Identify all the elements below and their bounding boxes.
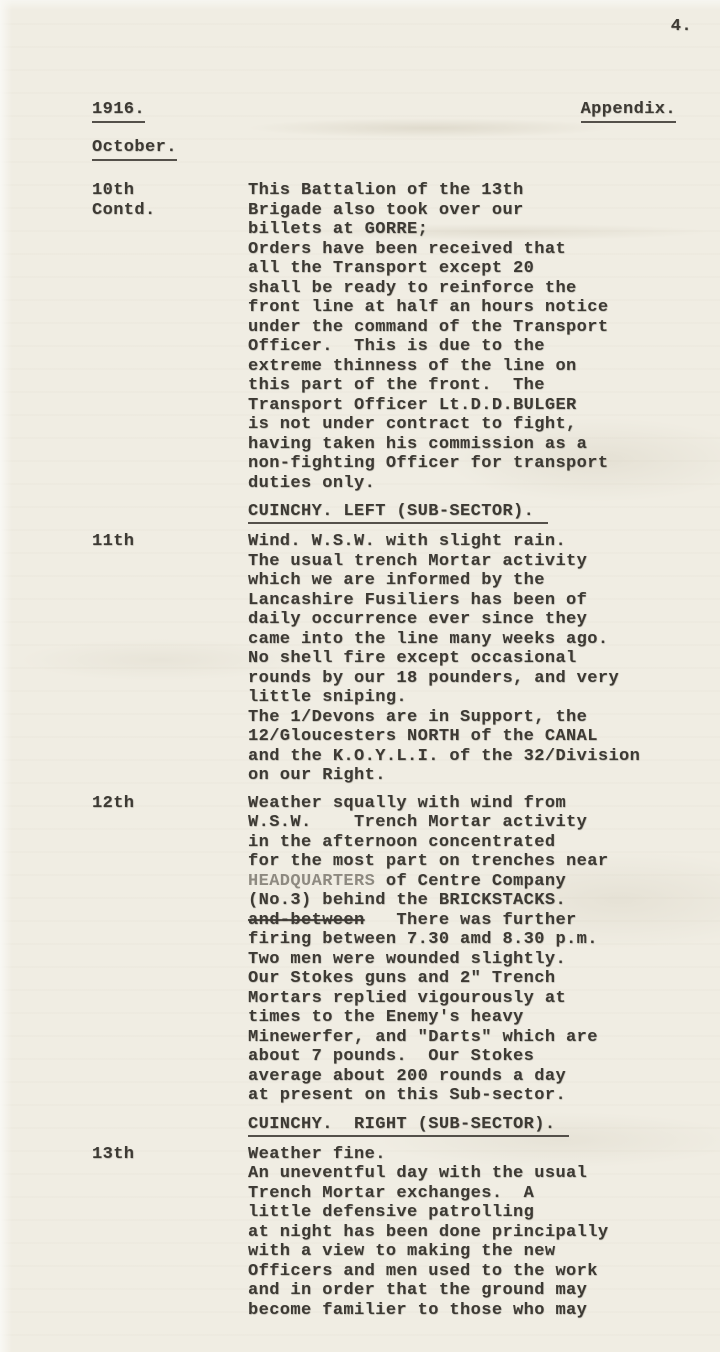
text-segment: and-between <box>248 911 365 930</box>
entry-line: average about 200 rounds a day <box>248 1067 694 1087</box>
entry-date-column: 13th <box>92 1145 248 1321</box>
entry-line: having taken his commission as a <box>248 435 694 455</box>
entry-line: An uneventful day with the usual <box>248 1164 694 1184</box>
entry-line: become familier to those who may <box>248 1301 694 1321</box>
entry-date-column <box>92 502 248 524</box>
entry-body: CUINCHY. LEFT (SUB-SECTOR). <box>248 502 720 524</box>
year-heading: 1916. <box>92 100 145 123</box>
section-heading-row: CUINCHY. RIGHT (SUB-SECTOR). <box>0 1115 720 1137</box>
entry-line: Weather squally with wind from <box>248 794 694 814</box>
text-segment: HEADQUARTERS <box>248 872 375 891</box>
entry-body: Weather fine.An uneventful day with the … <box>248 1145 720 1321</box>
document-page: 4. 1916. Appendix. October. 10thContd.Th… <box>0 0 720 1352</box>
entry-line: billets at GORRE; <box>248 220 694 240</box>
entry-line: HEADQUARTERS of Centre Company <box>248 872 694 892</box>
entry-line: on our Right. <box>248 766 694 786</box>
entry-date: 13th <box>92 1145 248 1165</box>
entry-line: and in order that the ground may <box>248 1281 694 1301</box>
entry-date-column: 11th <box>92 532 248 786</box>
entry-line: Mortars replied vigourously at <box>248 989 694 1009</box>
entry-line: The 1/Devons are in Support, the <box>248 708 694 728</box>
entry-line: about 7 pounds. Our Stokes <box>248 1047 694 1067</box>
entry-body: This Battalion of the 13thBrigade also t… <box>248 181 720 493</box>
entry-body: Weather squally with wind fromW.S.W. Tre… <box>248 794 720 1106</box>
entry-line: shall be ready to reinforce the <box>248 279 694 299</box>
appendix-heading: Appendix. <box>581 100 676 123</box>
entry-line: Wind. W.S.W. with slight rain. <box>248 532 694 552</box>
entry-line: is not under contract to fight, <box>248 415 694 435</box>
entry-body: CUINCHY. RIGHT (SUB-SECTOR). <box>248 1115 720 1137</box>
entry-line: Trench Mortar exchanges. A <box>248 1184 694 1204</box>
entry-line: (No.3) behind the BRICKSTACKS. <box>248 891 694 911</box>
entry-line: Brigade also took over our <box>248 201 694 221</box>
entry-line: this part of the front. The <box>248 376 694 396</box>
entry-line: The usual trench Mortar activity <box>248 552 694 572</box>
header-row: 1916. Appendix. <box>92 100 676 123</box>
entry-line: rounds by our 18 pounders, and very <box>248 669 694 689</box>
text-segment: of Centre Company <box>375 872 566 891</box>
text-segment: There was further <box>365 911 577 930</box>
entry-line: little defensive patrolling <box>248 1203 694 1223</box>
entry-line: Orders have been received that <box>248 240 694 260</box>
entry-line: for the most part on trenches near <box>248 852 694 872</box>
diary-entry: 10thContd.This Battalion of the 13thBrig… <box>0 181 720 493</box>
entry-line: Minewerfer, and "Darts" which are <box>248 1028 694 1048</box>
entry-line: and-between There was further <box>248 911 694 931</box>
entry-body: Wind. W.S.W. with slight rain.The usual … <box>248 532 720 786</box>
entry-line: W.S.W. Trench Mortar activity <box>248 813 694 833</box>
entry-line: with a view to making the new <box>248 1242 694 1262</box>
entry-line: duties only. <box>248 474 694 494</box>
entry-line: in the afternoon concentrated <box>248 833 694 853</box>
entry-line: Transport Officer Lt.D.D.BULGER <box>248 396 694 416</box>
diary-entry: 13thWeather fine.An uneventful day with … <box>0 1145 720 1321</box>
entry-line: non-fighting Officer for transport <box>248 454 694 474</box>
entry-date-column: 12th <box>92 794 248 1106</box>
entry-line: little sniping. <box>248 688 694 708</box>
entry-line: Our Stokes guns and 2" Trench <box>248 969 694 989</box>
entry-line: Officers and men used to the work <box>248 1262 694 1282</box>
entry-line: came into the line many weeks ago. <box>248 630 694 650</box>
month-heading: October. <box>92 138 177 161</box>
entry-line: at present on this Sub-sector. <box>248 1086 694 1106</box>
entry-line: front line at half an hours notice <box>248 298 694 318</box>
entry-date: 10th <box>92 181 248 201</box>
entry-line: firing between 7.30 amd 8.30 p.m. <box>248 930 694 950</box>
entry-date-column <box>92 1115 248 1137</box>
entry-line: Two men were wounded slightly. <box>248 950 694 970</box>
entry-date: 11th <box>92 532 248 552</box>
entry-line: This Battalion of the 13th <box>248 181 694 201</box>
diary-entry: 11thWind. W.S.W. with slight rain.The us… <box>0 532 720 786</box>
entry-line: which we are informed by the <box>248 571 694 591</box>
page-number: 4. <box>671 17 692 37</box>
entry-line: and the K.O.Y.L.I. of the 32/Division <box>248 747 694 767</box>
entry-line: times to the Enemy's heavy <box>248 1008 694 1028</box>
entry-line: Weather fine. <box>248 1145 694 1165</box>
entry-line: extreme thinness of the line on <box>248 357 694 377</box>
section-heading-row: CUINCHY. LEFT (SUB-SECTOR). <box>0 502 720 524</box>
entry-line: under the command of the Transport <box>248 318 694 338</box>
entry-line: 12/Gloucesters NORTH of the CANAL <box>248 727 694 747</box>
entry-line: at night has been done principally <box>248 1223 694 1243</box>
entry-line: all the Transport except 20 <box>248 259 694 279</box>
entry-line: Lancashire Fusiliers has been of <box>248 591 694 611</box>
entry-line: daily occurrence ever since they <box>248 610 694 630</box>
diary-entries: 10thContd.This Battalion of the 13thBrig… <box>0 181 720 1320</box>
entry-date-column: 10thContd. <box>92 181 248 493</box>
month-row: October. <box>92 138 720 161</box>
entry-line: No shell fire except occasional <box>248 649 694 669</box>
diary-entry: 12thWeather squally with wind fromW.S.W.… <box>0 794 720 1106</box>
entry-line: Officer. This is due to the <box>248 337 694 357</box>
section-heading: CUINCHY. LEFT (SUB-SECTOR). <box>248 502 548 524</box>
entry-date: 12th <box>92 794 248 814</box>
entry-date: Contd. <box>92 201 248 221</box>
section-heading: CUINCHY. RIGHT (SUB-SECTOR). <box>248 1115 569 1137</box>
